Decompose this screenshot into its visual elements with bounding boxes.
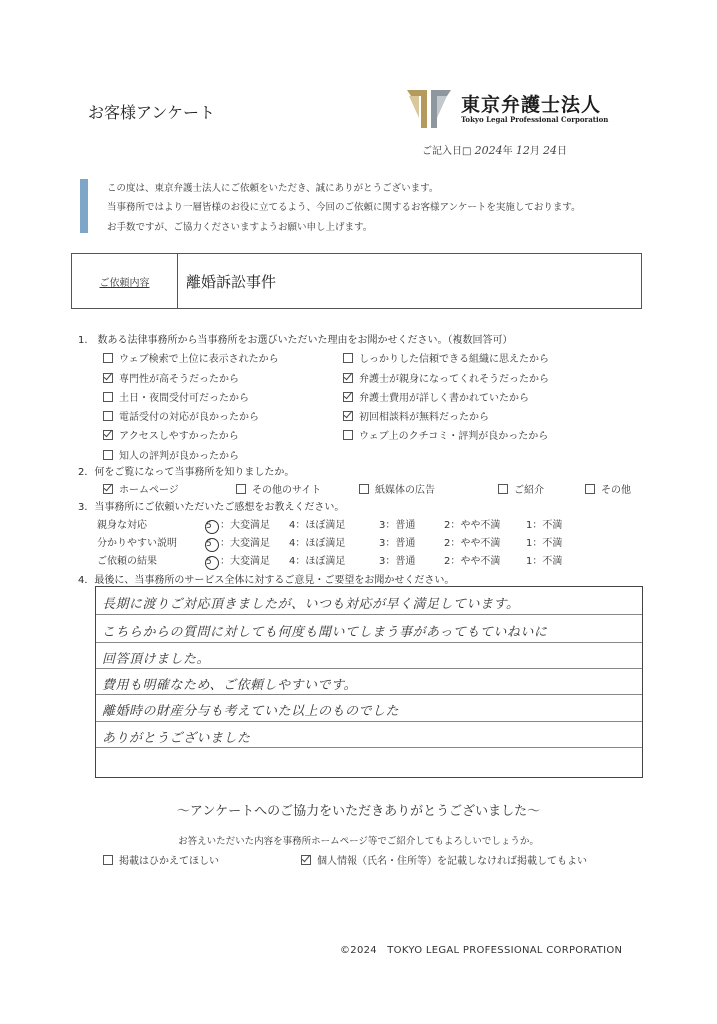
date-month: 12 [516,144,530,157]
rating-label: ご依頼の結果 [97,552,205,570]
rating-option-5-selected[interactable]: 5：大変満足 [205,552,289,570]
ruled-line [96,747,642,748]
checkbox[interactable] [359,484,369,494]
rating-label: 分かりやすい説明 [97,534,205,552]
comment-line-text: 離婚時の財産分与も考えていた以上のものでした [102,700,399,719]
rating-option-5-selected[interactable]: 5：大変満足 [205,534,289,552]
ruled-line [96,668,642,669]
request-label: ご依頼内容 [72,254,178,308]
checkbox-checked[interactable] [103,430,113,440]
ruled-line [96,721,642,722]
question-3: 3．当事務所にご依頼いただいたご感想をお教えください。 [78,498,344,513]
checkbox[interactable] [585,484,595,494]
rating-row: 分かりやすい説明 5：大変満足 4：ほぼ満足 3：普通 2：やや不満 1：不満 [97,534,562,552]
checkbox[interactable] [103,855,113,865]
rating-option-3[interactable]: 3：普通 [379,552,444,570]
rating-row: ご依頼の結果 5：大変満足 4：ほぼ満足 3：普通 2：やや不満 1：不満 [97,552,562,570]
request-box: ご依頼内容 離婚訴訟事件 [71,253,642,309]
q1-option[interactable]: 土日・夜間受付可だったから [103,389,249,404]
q1-option[interactable]: 初回相談料が無料だったから [343,408,489,423]
q1-option[interactable]: しっかりした信頼できる組織に思えたから [343,350,549,365]
checkbox[interactable] [103,450,113,460]
checkbox-checked[interactable] [343,411,353,421]
date-year: 2024 [475,144,503,157]
date-day: 24 [543,144,557,157]
comment-line-text: 回答頂けました。 [102,648,210,667]
checkbox[interactable] [343,353,353,363]
request-value: 離婚訴訟事件 [178,254,276,308]
intro-line: この度は、東京弁護士法人にご依頼をいただき、誠にありがとうございます。 [107,180,438,194]
q1-option[interactable]: 知人の評判が良かったから [103,447,239,462]
consent-option[interactable]: 個人情報（氏名・住所等）を記載しなければ掲載してもよい [301,852,587,867]
copyright: ©2024 TOKYO LEGAL PROFESSIONAL CORPORATI… [340,941,622,956]
rating-option-4[interactable]: 4：ほぼ満足 [289,516,379,534]
page-title: お客様アンケート [88,100,215,123]
date-label: ご記入日 [422,146,462,157]
rating-option-1[interactable]: 1：不満 [526,516,562,534]
rating-option-5-selected[interactable]: 5：大変満足 [205,516,289,534]
intro-line: お手数ですが、ご協力くださいますようお願い申し上げます。 [107,219,372,233]
comment-line-text: こちらからの質問に対しても何度も聞いてしまう事があってもていねいに [102,621,547,640]
checkbox[interactable] [343,430,353,440]
checkbox[interactable] [103,392,113,402]
thanks-message: ～アンケートへのご協力をいただきありがとうございました～ [0,800,717,819]
q2-option[interactable]: ご紹介 [498,481,544,496]
consent-question: お答えいただいた内容を事務所ホームページ等でご紹介してもよろしいでしょうか。 [0,833,717,847]
q2-option[interactable]: 紙媒体の広告 [359,481,435,496]
comment-textarea[interactable]: 長期に渡りご対応頂きましたが、いつも対応が早く満足しています。 こちらからの質問… [95,586,643,778]
comment-line-text: 長期に渡りご対応頂きましたが、いつも対応が早く満足しています。 [102,593,519,612]
checkbox-checked[interactable] [343,392,353,402]
checkbox[interactable] [236,484,246,494]
consent-option[interactable]: 掲載はひかえてほしい [103,852,219,867]
checkbox[interactable] [103,353,113,363]
question-1: 1. 数ある法律事務所から当事務所をお選びいただいた理由をお聞かせください。（複… [78,331,513,346]
checkbox-checked[interactable] [103,484,113,494]
rating-option-3[interactable]: 3：普通 [379,534,444,552]
q2-option[interactable]: その他のサイト [236,481,321,496]
q1-option[interactable]: ウェブ検索で上位に表示されたから [103,350,279,365]
logo-subtitle: Tokyo Legal Professional Corporation [461,115,608,124]
question-4: 4．最後に、当事務所のサービス全体に対するご意見・ご要望をお聞かせください。 [78,571,454,586]
company-logo: 東京弁護士法人 Tokyo Legal Professional Corpora… [405,88,605,128]
logo-name: 東京弁護士法人 [461,90,601,117]
q2-option[interactable]: その他 [585,481,631,496]
ruled-line [96,614,642,615]
rating-option-1[interactable]: 1：不満 [526,552,562,570]
ruled-line [96,642,642,643]
intro-accent-bar [80,179,88,233]
q2-option[interactable]: ホームページ [103,481,179,496]
rating-option-2[interactable]: 2：やや不満 [444,534,526,552]
intro-line: 当事務所ではより一層皆様のお役に立てるよう、今回のご依頼に関するお客様アンケート… [107,199,581,213]
entry-date: ご記入日□ 2024年 12月 24日 [422,142,567,157]
question-2: 2．何をご覧になって当事務所を知りましたか。 [78,463,294,478]
rating-option-2[interactable]: 2：やや不満 [444,516,526,534]
q1-option[interactable]: アクセスしやすかったから [103,427,239,442]
ruled-line [96,694,642,695]
comment-line-text: 費用も明確なため、ご依頼しやすいです。 [102,674,357,693]
rating-option-4[interactable]: 4：ほぼ満足 [289,534,379,552]
q1-option[interactable]: 専門性が高そうだったから [103,370,239,385]
rating-label: 親身な対応 [97,516,205,534]
checkbox-checked[interactable] [343,373,353,383]
rating-row: 親身な対応 5：大変満足 4：ほぼ満足 3：普通 2：やや不満 1：不満 [97,516,562,534]
logo-mark-icon [405,88,453,130]
checkbox[interactable] [103,411,113,421]
q1-option[interactable]: ウェブ上のクチコミ・評判が良かったから [343,427,548,442]
q1-option[interactable]: 電話受付の対応が良かったから [103,408,259,423]
q1-option[interactable]: 弁護士が親身になってくれそうだったから [343,370,549,385]
q1-option[interactable]: 弁護士費用が詳しく書かれていたから [343,389,529,404]
checkbox-checked[interactable] [301,855,311,865]
checkbox-checked[interactable] [103,373,113,383]
checkbox[interactable] [498,484,508,494]
comment-line-text: ありがとうございました [102,727,251,746]
rating-option-4[interactable]: 4：ほぼ満足 [289,552,379,570]
rating-option-1[interactable]: 1：不満 [526,534,562,552]
rating-option-2[interactable]: 2：やや不満 [444,552,526,570]
rating-option-3[interactable]: 3：普通 [379,516,444,534]
